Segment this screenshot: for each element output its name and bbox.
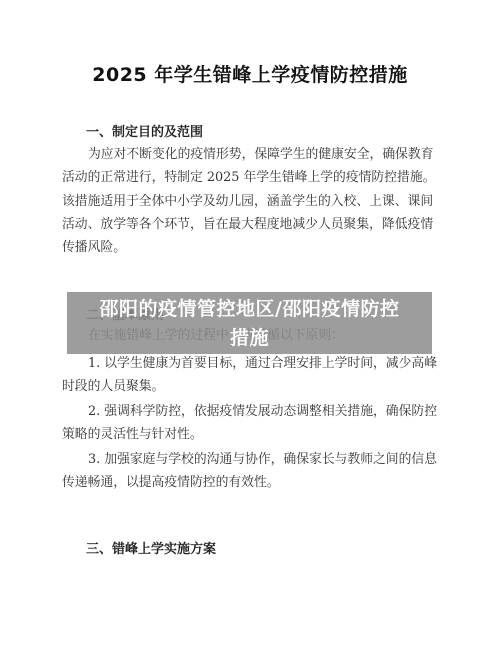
paragraph-line: 策略的灵活性与针对性。 bbox=[62, 423, 442, 446]
paragraph-line: 传播风险。 bbox=[62, 236, 442, 259]
overlay-banner-text: 邵阳的疫情管控地区/邵阳疫情防控 措施 bbox=[67, 292, 432, 353]
section-heading-implementation: 三、错峰上学实施方案 bbox=[86, 538, 216, 557]
paragraph-line: 3. 加强家庭与学校的沟通与协作，确保家长与教师之间的信息 bbox=[62, 448, 442, 471]
paragraph-line: 活动、放学等各个环节，旨在最大程度地减少人员聚集，降低疫情 bbox=[62, 213, 442, 236]
paragraph-line: 该措施适用于全体中小学及幼儿园，涵盖学生的入校、上课、课间 bbox=[62, 190, 442, 213]
paragraph-line: 传递畅通，以提高疫情防控的有效性。 bbox=[62, 471, 442, 494]
paragraph-line: 活动的正常进行，特制定 2025 年学生错峰上学的疫情防控措施。 bbox=[62, 166, 442, 189]
paragraph-line: 为应对不断变化的疫情形势，保障学生的健康安全，确保教育 bbox=[62, 143, 442, 166]
principle-item-2: 2. 强调科学防控，依据疫情发展动态调整相关措施，确保防控 策略的灵活性与针对性… bbox=[62, 400, 442, 447]
paragraph-line: 2. 强调科学防控，依据疫情发展动态调整相关措施，确保防控 bbox=[62, 400, 442, 423]
document-page: 2025 年学生错峰上学疫情防控措施 一、制定目的及范围 为应对不断变化的疫情形… bbox=[0, 0, 500, 647]
banner-line-1: 邵阳的疫情管控地区/邵阳疫情防控 bbox=[67, 295, 432, 324]
paragraph-line: 时段的人员聚集。 bbox=[62, 375, 442, 398]
banner-line-2: 措施 bbox=[67, 324, 432, 353]
section-heading-purpose: 一、制定目的及范围 bbox=[86, 121, 203, 140]
section-purpose-paragraph: 为应对不断变化的疫情形势，保障学生的健康安全，确保教育 活动的正常进行，特制定 … bbox=[62, 143, 442, 259]
principle-item-3: 3. 加强家庭与学校的沟通与协作，确保家长与教师之间的信息 传递畅通，以提高疫情… bbox=[62, 448, 442, 495]
paragraph-line: 1. 以学生健康为首要目标，通过合理安排上学时间，减少高峰 bbox=[62, 352, 442, 375]
document-title: 2025 年学生错峰上学疫情防控措施 bbox=[0, 60, 500, 87]
principle-item-1: 1. 以学生健康为首要目标，通过合理安排上学时间，减少高峰 时段的人员聚集。 bbox=[62, 352, 442, 399]
